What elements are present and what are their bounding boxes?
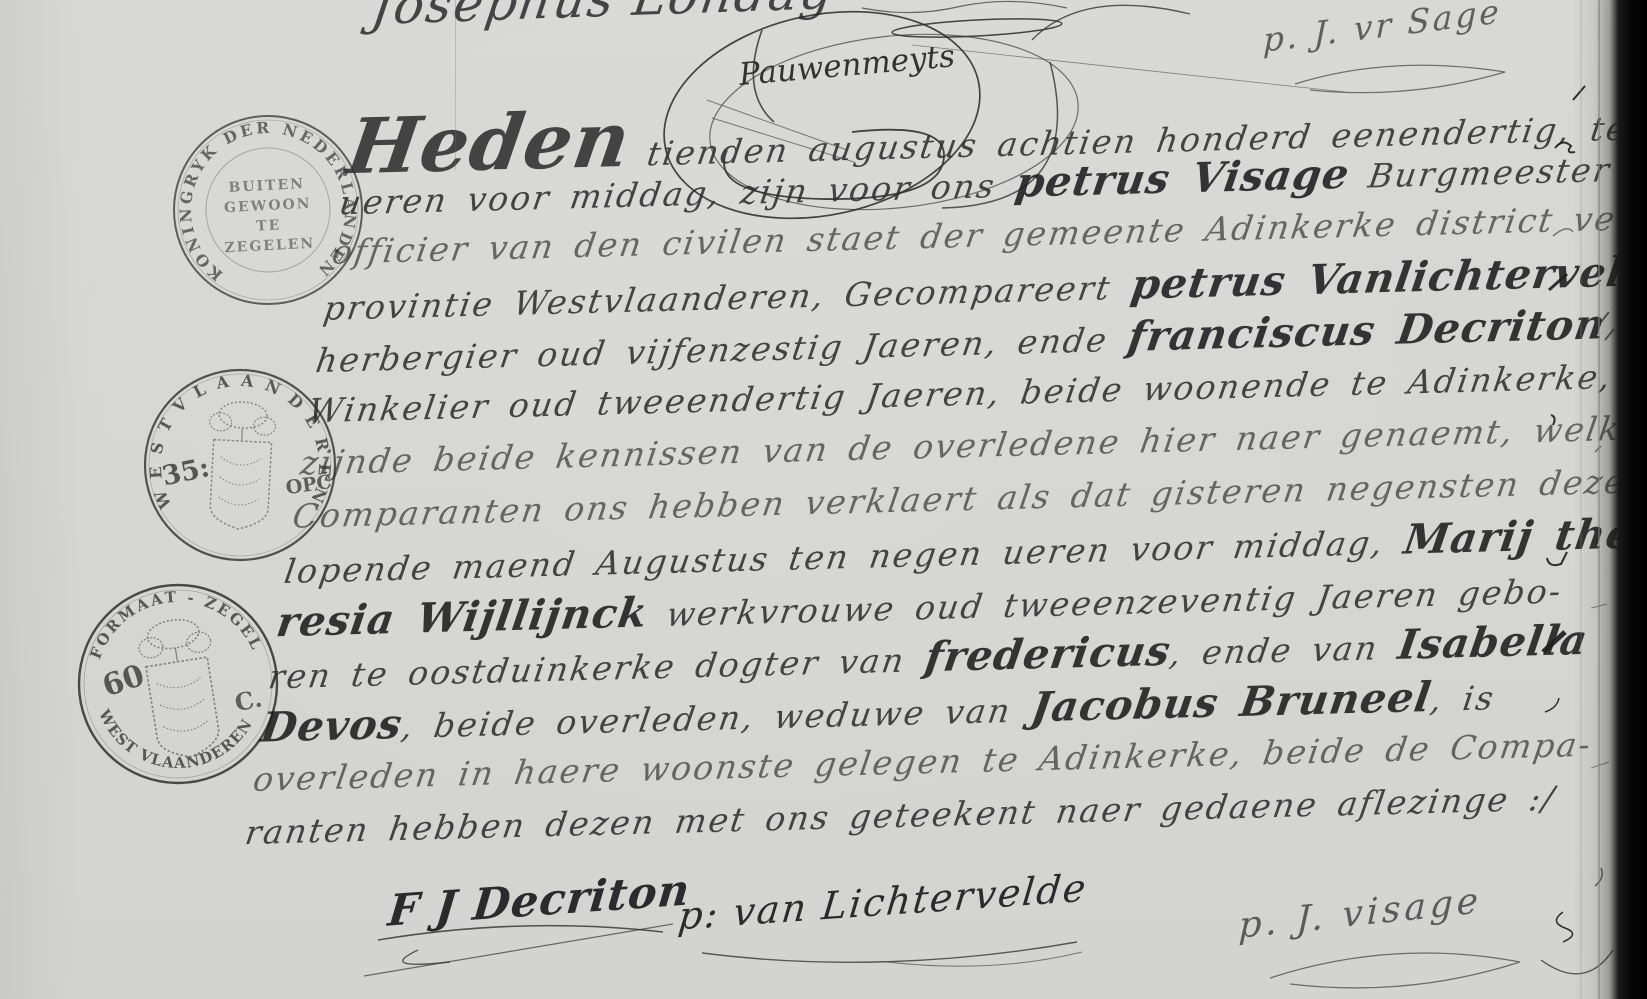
formaat-zegel-stamp: FORMAAT - ZEGEL WEST VLAANDEREN 60 C. xyxy=(73,572,283,797)
secretary-signature-text: Pauwenmeyts xyxy=(737,38,957,93)
emphasized-name: petrus Visage xyxy=(1012,149,1353,206)
royal-center-line: TE xyxy=(256,217,282,234)
emphasized-name: Devos xyxy=(258,699,406,751)
signature-visage: p. J. visage xyxy=(1238,880,1483,947)
formaat-value-left: 60 xyxy=(98,658,149,704)
signature-visage-flourish xyxy=(1248,938,1543,998)
emphasized-name: Jacobus Bruneel xyxy=(1028,672,1435,731)
crowned-coat-of-arms xyxy=(204,400,277,530)
text-segment: , is xyxy=(1428,678,1498,719)
book-binding-shadow xyxy=(1572,0,1647,999)
royal-center-line: ZEGELEN xyxy=(224,236,316,257)
emphasized-name: fredericus xyxy=(922,627,1174,682)
royal-center-line: BUITEN xyxy=(228,176,305,196)
crowned-coat-of-arms xyxy=(135,615,228,763)
scanned-death-record-page: Josephus Londag Pauwenmeyts p. J. vr Sag… xyxy=(0,0,1647,999)
handwritten-body: Heden tienden augustus achtien honderd e… xyxy=(242,89,1587,859)
signature-decriton-flourish xyxy=(358,898,688,993)
signature-van-lichtervelde-flourish xyxy=(672,928,1092,988)
formaat-value-right: C. xyxy=(232,683,264,717)
text-segment: , ende van xyxy=(1167,628,1401,673)
paper-fold-crease xyxy=(455,0,456,170)
province-value-left: 35: xyxy=(159,452,212,492)
royal-center-line: GEWOON xyxy=(224,196,312,217)
emphasized-name: resia Wijllijnck xyxy=(274,588,652,646)
